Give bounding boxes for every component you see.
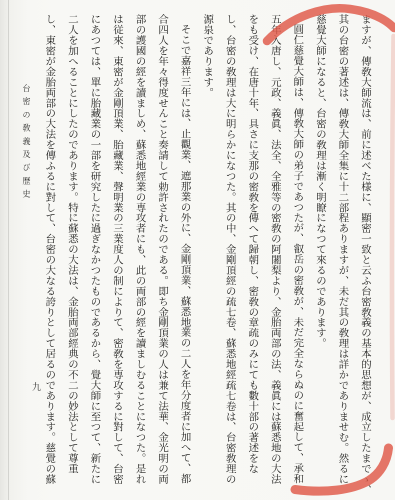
text-column: 部の護國の經を讀ましめ、蘇悉地經業の専攻者にも、此の両部の經を讀ましむることにな…	[128, 14, 151, 496]
text-column: 源泉であります。	[196, 14, 219, 496]
text-column: にあつては、單に胎藏業の一部を研究したに過ぎなかつたものであるから、覺大師に至つ…	[83, 14, 106, 496]
text-column: ますが、傳敎大師流は、前に述べた様に、顯密一致と云ふ台密敎義の基本的思想が、成立…	[353, 14, 376, 496]
running-title: 台密の敎義及び歷史	[21, 84, 32, 203]
text-column: 慈覺大師になると、台密の敎理は漸く明瞭になつて來るのであります。	[308, 14, 331, 496]
book-page-scan: ますが、傳敎大師流は、前に述べた様に、顯密一致と云ふ台密敎義の基本的思想が、成立…	[0, 0, 395, 500]
text-column: し、東密が金胎両部の大法を傳ふるに對して、台密の大なる誇りとして居るのであります…	[38, 14, 61, 496]
text-column: をも受け、在唐十年、具さに支那の密敎を傳へて歸朝し、密敎の章疏のみにても數十部の…	[241, 14, 264, 496]
text-column: そこで嘉祥三年には、止觀業、遮那業の外に、金剛頂業、蘇悉地業の二人を年分度者に加…	[173, 14, 196, 496]
text-column: は従來、東密が金剛頂業、胎藏業、聲明業の三業度人の制によりて、密敎を専攻するに對…	[105, 14, 128, 496]
text-column: 五年入唐し、元政、義眞、法全、全雅等の密敎の阿闍梨より、金胎両部の法、義眞には蘇…	[263, 14, 286, 496]
text-column: 圓仁慈覺大師は、傳敎大師の弟子であつたが、叡岳の密敎が、未だ完全ならぬのに奮起し…	[286, 14, 309, 496]
page-number: 九	[29, 382, 42, 391]
text-column: 其の台密の著述は、傳敎大師全集に十二部程ありますが、未だ其の敎理は詳かでありませ…	[331, 14, 354, 496]
red-bracket-edge-stroke	[392, 36, 394, 418]
text-column: 合四人を年々得度せんこと奏請して勅許されたのである。即ち金剛頂業の人は兼て法華、…	[151, 14, 174, 496]
body-text: ますが、傳敎大師流は、前に述べた様に、顯密一致と云ふ台密敎義の基本的思想が、成立…	[38, 14, 376, 496]
text-column: 二人を加へることにしたのであります。特に蘇悉の大法は、金胎両部經典の不二の妙法と…	[60, 14, 83, 496]
text-column: し、台密の敎理は大に明らかになつた。其の中、金剛頂經の疏七卷、蘇悉地經疏七卷は、…	[218, 14, 241, 496]
page-edge-line	[8, 0, 9, 500]
